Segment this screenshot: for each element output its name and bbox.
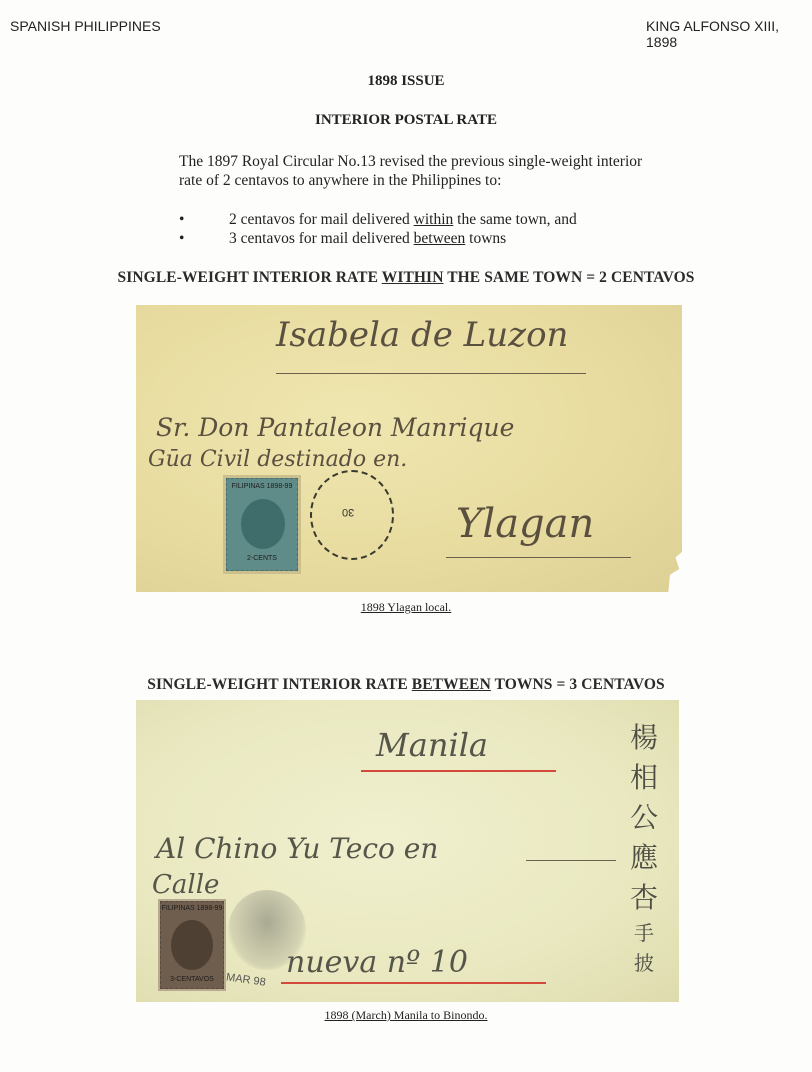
stamp-portrait-icon — [171, 920, 213, 970]
red-underline — [361, 770, 556, 772]
subject-title: INTERIOR POSTAL RATE — [0, 112, 812, 129]
cover-image-ylagan: Isabela de Luzon Sr. Don Pantaleon Manri… — [136, 305, 682, 592]
chinese-char: 楊 — [626, 718, 662, 758]
section-heading-within: SINGLE-WEIGHT INTERIOR RATE WITHIN THE S… — [0, 269, 812, 287]
stamp-top-label: FILIPINAS 1898-99 — [161, 905, 223, 912]
section-heading-between: SINGLE-WEIGHT INTERIOR RATE BETWEEN TOWN… — [0, 676, 812, 694]
bullet-dot: • — [179, 229, 229, 248]
postmark-date: MAR 98 — [225, 971, 266, 988]
handwritten-destination: Ylagan — [456, 501, 594, 547]
header-right: KING ALFONSO XIII, 1898 — [646, 18, 806, 50]
chinese-char: 應 — [626, 838, 662, 878]
issue-title: 1898 ISSUE — [0, 73, 812, 90]
header-left: SPANISH PHILIPPINES — [10, 18, 161, 34]
handwritten-line3: Gūa Civil destinado en. — [148, 447, 407, 472]
ink-underline — [526, 860, 616, 861]
ink-underline — [276, 373, 586, 374]
stamp-3-centavos: FILIPINAS 1898-99 3-CENTAVOS — [160, 901, 224, 989]
stamp-2-centavos: FILIPINAS 1898-99 2-CENTS — [226, 478, 298, 571]
bullet-item: • 3 centavos for mail delivered between … — [179, 229, 577, 248]
handwritten-addressee: Al Chino Yu Teco en — [156, 832, 438, 865]
chinese-char: 公 — [626, 798, 662, 838]
bullet-dot: • — [179, 210, 229, 229]
cover-image-manila: Manila Al Chino Yu Teco en Calle nueva n… — [136, 700, 679, 1002]
chinese-inscription: 楊 相 公 應 杏 手 披 — [626, 718, 662, 978]
ink-underline — [446, 557, 631, 558]
stamp-portrait-icon — [241, 499, 285, 549]
bullet-text: 3 centavos for mail delivered between to… — [229, 229, 506, 248]
caption-manila: 1898 (March) Manila to Binondo. — [0, 1008, 812, 1023]
handwritten-city: Manila — [376, 726, 488, 764]
chinese-char: 相 — [626, 758, 662, 798]
handwritten-number: nueva nº 10 — [286, 945, 468, 980]
circular-postmark: 30 — [310, 470, 394, 560]
postmark-date: 30 — [342, 506, 354, 518]
postmark-smudge — [228, 890, 306, 970]
chinese-char: 杏 — [626, 878, 662, 918]
bullet-text: 2 centavos for mail delivered within the… — [229, 210, 577, 229]
handwritten-addressee: Sr. Don Pantaleon Manrique — [156, 413, 514, 442]
header-right-line1: KING ALFONSO XIII, — [646, 18, 806, 34]
handwritten-street: Calle — [152, 870, 219, 900]
red-underline — [281, 982, 546, 984]
stamp-value-label: 2-CENTS — [227, 555, 297, 562]
stamp-value-label: 3-CENTAVOS — [161, 976, 223, 983]
bullet-item: • 2 centavos for mail delivered within t… — [179, 210, 577, 229]
rate-bullets: • 2 centavos for mail delivered within t… — [179, 210, 577, 248]
header-right-line2: 1898 — [646, 34, 806, 50]
stamp-top-label: FILIPINAS 1898-99 — [227, 483, 297, 490]
caption-ylagan: 1898 Ylagan local. — [0, 600, 812, 615]
chinese-char: 手 — [626, 918, 662, 948]
handwritten-town: Isabela de Luzon — [276, 315, 568, 355]
intro-paragraph: The 1897 Royal Circular No.13 revised th… — [179, 152, 649, 190]
chinese-char: 披 — [626, 948, 662, 978]
